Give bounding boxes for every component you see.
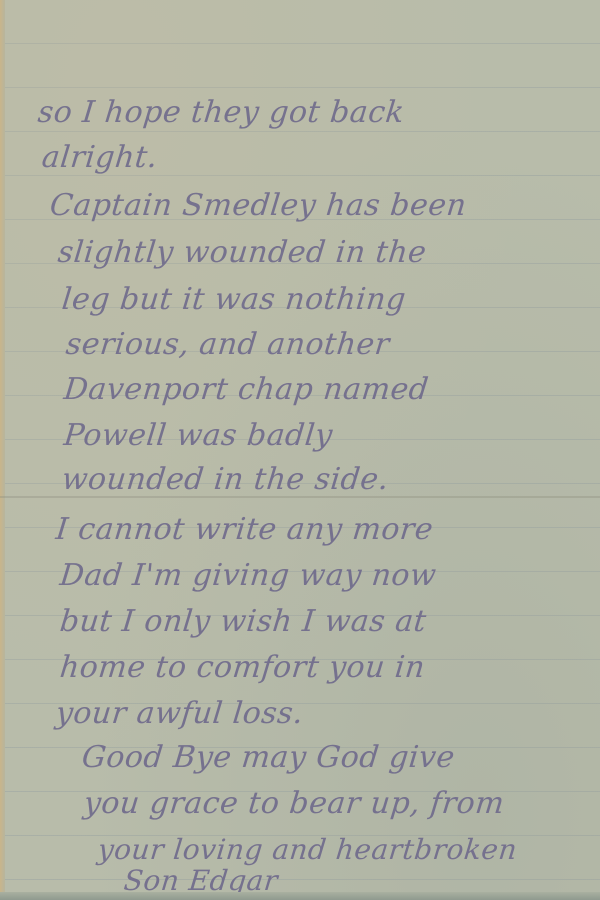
- letter-line: but I only wish I was at: [58, 604, 428, 639]
- letter-line: I cannot write any more: [54, 512, 435, 547]
- letter-line: Good Bye may God give: [80, 740, 456, 775]
- letter-line: alright.: [40, 140, 159, 175]
- letter-line: wounded in the side.: [60, 462, 390, 497]
- letter-line: you grace to bear up, from: [82, 786, 506, 821]
- letter-line: serious, and another: [64, 327, 391, 362]
- letter-line: leg but it was nothing: [60, 282, 407, 317]
- letter-line: Dad I'm giving way now: [58, 558, 438, 593]
- letter-page: so I hope they got back alright. Captain…: [0, 0, 600, 900]
- paper-left-edge: [0, 0, 5, 900]
- letter-line: so I hope they got back: [36, 95, 406, 130]
- letter-line: your awful loss.: [54, 696, 305, 731]
- letter-closing: your loving and heartbroken: [96, 833, 519, 866]
- letter-line: slightly wounded in the: [56, 235, 428, 270]
- paper-bottom-edge: [0, 892, 600, 900]
- letter-line: Davenport chap named: [62, 372, 430, 407]
- letter-line: Powell was badly: [62, 418, 334, 453]
- letter-line: Captain Smedley has been: [48, 188, 468, 223]
- letter-line: home to comfort you in: [58, 650, 427, 685]
